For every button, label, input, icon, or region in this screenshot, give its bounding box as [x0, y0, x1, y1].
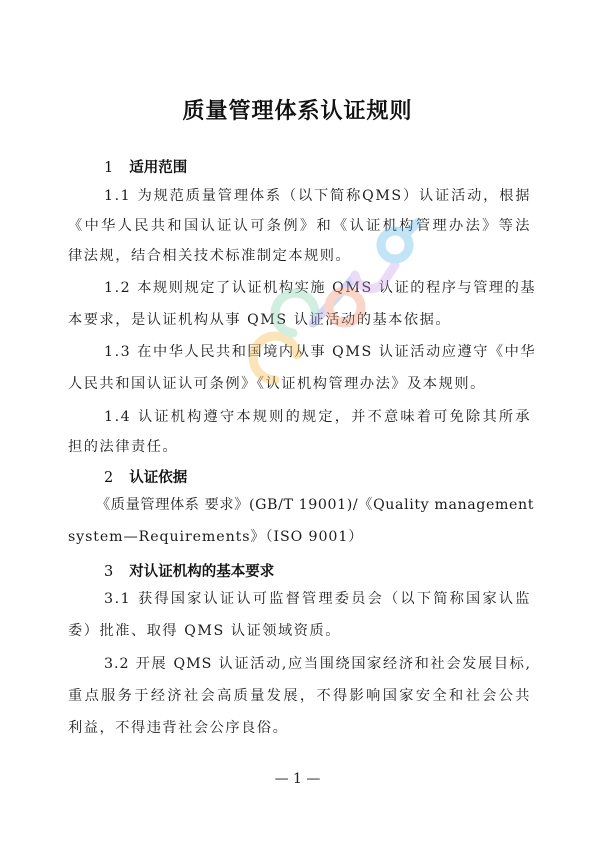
paragraph-line: 利益，不得违背社会公序良俗。	[68, 717, 531, 737]
paragraph-line: 担的法律责任。	[68, 436, 531, 456]
section-title: 对认证机构的基本要求	[129, 564, 274, 580]
paragraph-line: 1.4 认证机构遵守本规则的规定，并不意味着可免除其所承	[104, 406, 531, 426]
paragraph-line: 1.1 为规范质量管理体系（以下简称QMS）认证活动，根据	[104, 185, 531, 205]
section-title: 认证依据	[129, 470, 187, 486]
paragraph-line: 委）批准、取得 QMS 认证领域资质。	[68, 620, 531, 640]
paragraph-line: 3.2 开展 QMS 认证活动,应当围绕国家经济和社会发展目标,	[104, 653, 531, 673]
section-title: 适用范围	[129, 160, 187, 176]
paragraph-line: 1.3 在中华人民共和国境内从事 QMS 认证活动应遵守《中华	[104, 341, 531, 361]
section-number: 1	[104, 160, 113, 176]
paragraph-line: 《质量管理体系 要求》(GB/T 19001)/《Quality managem…	[96, 494, 531, 514]
paragraph-line: 1.2 本规则规定了认证机构实施 QMS 认证的程序与管理的基	[104, 277, 531, 297]
paragraph-line: system—Requirements》（ISO 9001）	[68, 526, 531, 546]
section-heading-1: 1适用范围	[104, 156, 187, 177]
paragraph-line: 3.1 获得国家认证认可监督管理委员会（以下简称国家认监	[104, 588, 531, 608]
section-number: 2	[104, 470, 113, 486]
paragraph-line: 《中华人民共和国认证认可条例》和《认证机构管理办法》等法	[68, 215, 531, 235]
paragraph-line: 律法规，结合相关技术标准制定本规则。	[68, 245, 531, 265]
section-heading-3: 3对认证机构的基本要求	[104, 560, 274, 581]
section-number: 3	[104, 564, 113, 580]
document-title: 质量管理体系认证规则	[0, 94, 595, 125]
page-number: — 1 —	[0, 771, 595, 787]
paragraph-line: 本要求，是认证机构从事 QMS 认证活动的基本依据。	[68, 309, 531, 329]
paragraph-line: 重点服务于经济社会高质量发展，不得影响国家安全和社会公共	[68, 685, 531, 705]
section-heading-2: 2认证依据	[104, 466, 187, 487]
paragraph-line: 人民共和国认证认可条例》《认证机构管理办法》及本规则。	[68, 373, 531, 393]
document-page: 质量管理体系认证规则 1适用范围 1.1 为规范质量管理体系（以下简称QMS）认…	[0, 0, 595, 841]
